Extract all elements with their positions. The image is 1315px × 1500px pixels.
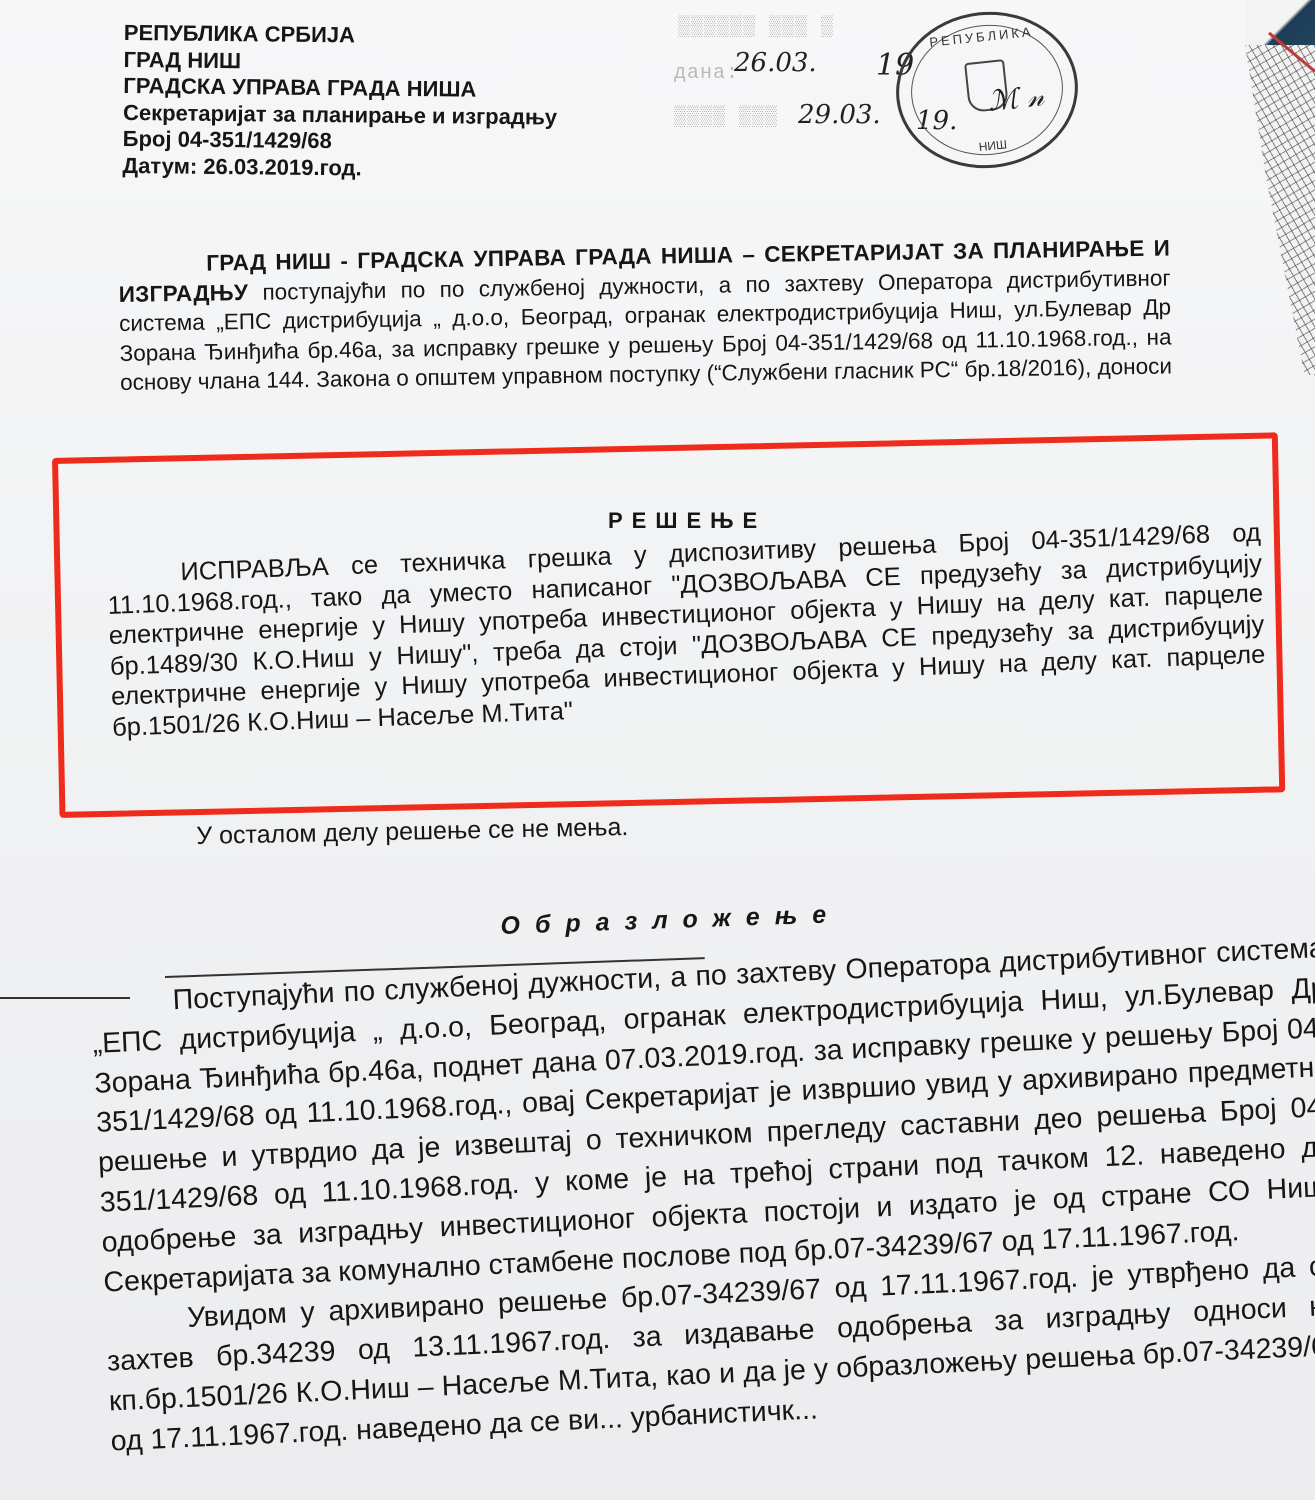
intro-text: поступајући по по службеној дужности, а … bbox=[119, 265, 1172, 395]
faint-stamp-text: ▒▒▒▒▒▒ ▒▒▒ ▒ bbox=[678, 16, 834, 39]
explanation-text: Поступајући по службеној дужности, а по … bbox=[90, 929, 1315, 1462]
header-line-administration: ГРАДСКА УПРАВА ГРАДА НИША bbox=[123, 73, 557, 104]
signature-handwritten: ℳ 𝓃 bbox=[986, 79, 1045, 119]
underlying-map-sheet bbox=[1245, 45, 1315, 375]
intro-paragraph: ГРАД НИШ - ГРАДСКА УПРАВА ГРАДА НИША – С… bbox=[118, 233, 1172, 397]
received-date-handwritten: 26.03. bbox=[734, 48, 817, 78]
received-label: дана: bbox=[674, 62, 739, 85]
explanation-paragraph-1: Поступајући по службеној дужности, а по … bbox=[90, 929, 1315, 1303]
official-seal: РЕПУБЛИКА НИШ ℳ 𝓃 bbox=[888, 3, 1085, 177]
explanation-paragraph-1-text: Поступајући по службеној дужности, а по … bbox=[92, 932, 1315, 1298]
explanation-title: Образложење bbox=[500, 900, 842, 941]
decision-title: РЕШЕЊЕ bbox=[608, 508, 766, 534]
remainder-clause: У осталом делу решење се не мења. bbox=[196, 813, 629, 851]
document-header: РЕПУБЛИКА СРБИЈА ГРАД НИШ ГРАДСКА УПРАВА… bbox=[122, 20, 558, 184]
document-page: РЕПУБЛИКА СРБИЈА ГРАД НИШ ГРАДСКА УПРАВА… bbox=[0, 0, 1315, 1500]
receipt-stamp: ▒▒▒▒▒▒ ▒▒▒ ▒ дана: 26.03. 19 ▒▒▒▒ ▒▒▒ 29… bbox=[668, 10, 1098, 170]
faint-stamp-text-2: ▒▒▒▒ ▒▒▒ bbox=[674, 106, 778, 129]
header-line-number: Број 04-351/1429/68 bbox=[123, 126, 557, 157]
header-line-republic: РЕПУБЛИКА СРБИЈА bbox=[124, 20, 558, 51]
second-date-handwritten: 29.03. bbox=[798, 100, 881, 130]
header-line-date: Датум: 26.03.2019.год. bbox=[122, 152, 556, 183]
